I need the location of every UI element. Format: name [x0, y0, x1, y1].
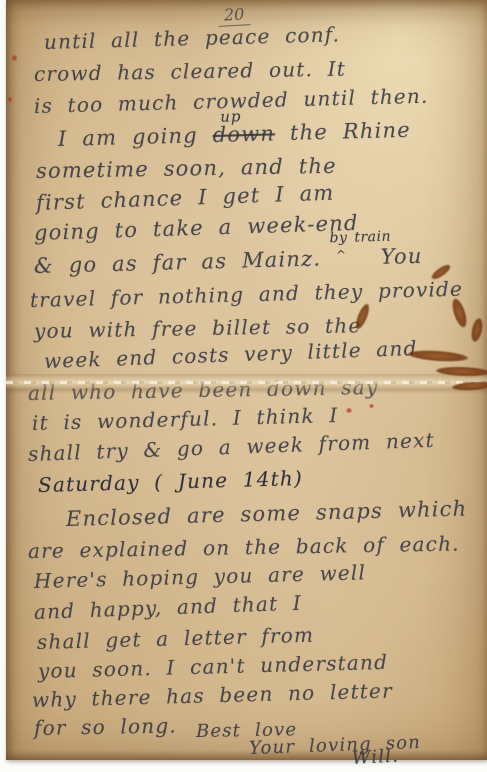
letter-line: travel for nothing and they provide	[30, 277, 464, 312]
fold-crease	[6, 374, 487, 394]
mainz-line-before: & go as far as Mainz.	[34, 246, 322, 278]
red-speck	[12, 55, 17, 61]
letter-line: crowd has cleared out. It	[34, 57, 346, 86]
letter-line: you soon. I can't understand	[38, 650, 389, 683]
letter-line: are explained on the back of each.	[28, 531, 460, 563]
letter-line: Enclosed are some snaps which	[66, 496, 468, 530]
rhine-line-after: the Rhine	[290, 118, 411, 145]
letter-line: why there has been no letter	[32, 679, 393, 712]
red-speck	[346, 408, 352, 413]
stain	[450, 297, 470, 329]
rhine-line-before: I am going	[58, 123, 198, 151]
strikethrough-word: downup	[212, 121, 275, 147]
scanned-letter-page: 20 until all the peace conf. crowd has c…	[0, 0, 487, 772]
letter-line: you with free billet so the	[34, 313, 362, 343]
letter-line: for so long.	[34, 714, 177, 740]
letter-line: shall get a letter from	[37, 623, 315, 654]
fold-crease-stitching	[6, 381, 487, 384]
red-speck	[369, 404, 374, 408]
letter-line: and happy, and that I	[34, 591, 303, 624]
page-number: 20	[217, 4, 250, 27]
signature: Will.	[351, 746, 399, 769]
letter-line: going to take a week-end	[34, 211, 359, 245]
stain	[408, 349, 469, 363]
inserted-word: up	[220, 107, 242, 126]
letter-line: first chance I get I am	[36, 181, 335, 215]
paper-sheet: 20 until all the peace conf. crowd has c…	[6, 0, 487, 760]
letter-line: I am going downup the Rhine	[58, 118, 411, 151]
red-speck	[8, 97, 12, 102]
letter-line: Saturday ( June 14th)	[38, 466, 304, 497]
letter-line: Here's hoping you are well	[34, 560, 367, 593]
letter-line: & go as far as Mainz. by train^ You	[34, 244, 423, 278]
inserted-phrase: by train	[329, 229, 391, 247]
letter-line: until all the peace conf.	[44, 22, 341, 54]
insertion-mark: by train^	[336, 245, 366, 270]
stain	[470, 317, 485, 343]
letter-line: it is wonderful. I think I	[32, 403, 339, 435]
letter-line: shall try & go a week from next	[28, 428, 436, 466]
letter-line: sometime soon, and the	[36, 154, 337, 183]
mainz-line-after: You	[380, 244, 422, 269]
caret-icon: ^	[336, 248, 348, 262]
